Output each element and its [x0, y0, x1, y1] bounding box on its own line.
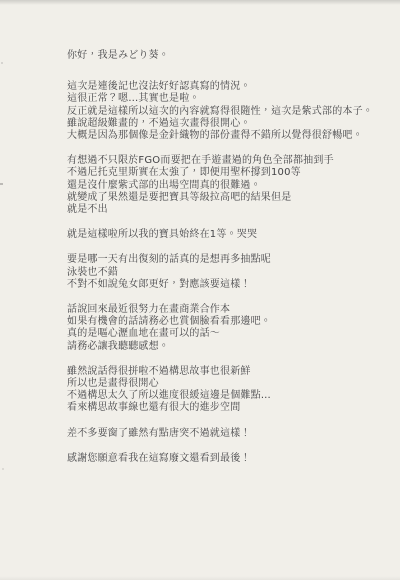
text-line: 這很正常？嗯…其實也是啦。 [67, 93, 374, 105]
greeting-paragraph: 你好，我是みどり葵。 [67, 50, 374, 62]
afterword-paragraph: 要是哪一天有出復刻的話真的是想再多抽點呢 泳裝也不錯 不對不如說兔女郎更好，對應… [67, 254, 374, 291]
thanks-paragraph: 感謝您願意看我在這寫廢文還看到最後！ [67, 453, 374, 465]
afterword-page: 你好，我是みどり葵。 這次是連後記也沒法好好認真寫的情況。 這很正常？嗯…其實也… [0, 0, 400, 580]
afterword-paragraph: 雖然說話得很拼啦不過構思故事也很新鮮 所以也是畫得很開心 不過構思太久了所以進度… [67, 366, 374, 415]
text-line: 你好，我是みどり葵。 [67, 50, 374, 62]
text-line: 這次是連後記也沒法好好認真寫的情況。 [67, 81, 374, 93]
text-line: 所以也是畫得很開心 [67, 378, 374, 390]
closing-paragraph: 差不多要窗了雖然有點唐突不過就這樣！ [67, 428, 374, 440]
text-line: 泳裝也不錯 [67, 267, 374, 279]
text-line: 如果有機會的話請務必也賞個臉看看那邊吧。 [67, 316, 374, 328]
scan-speck [2, 468, 4, 470]
text-line: 反正就是這樣所以這次的內容就寫得很隨性，這次是紫式部的本子。 [67, 106, 374, 118]
text-line: 要是哪一天有出復刻的話真的是想再多抽點呢 [67, 254, 374, 266]
text-line: 大概是因為那個像是金針織物的部份畫得不錯所以覺得很舒暢吧。 [67, 130, 374, 142]
text-line: 話說回來最近很努力在畫商業合作本 [67, 304, 374, 316]
text-line: 就是不出 [67, 204, 374, 216]
text-line: 就是這樣啦所以我的寶具始終在1等。哭哭 [67, 229, 374, 241]
afterword-paragraph: 有想過不只限於FGO而要把在手遊畫過的角色全部都抽到手 不過尼托克里斯實在太強了… [67, 155, 374, 216]
text-line: 雖說超級難畫的，不過這次畫得很開心。 [67, 118, 374, 130]
text-line: 就變成了果然還是要把寶具等級拉高吧的結果但是 [67, 192, 374, 204]
afterword-paragraph: 話說回來最近很努力在畫商業合作本 如果有機會的話請務必也賞個臉看看那邊吧。 真的… [67, 304, 374, 353]
afterword-paragraph: 就是這樣啦所以我的寶具始終在1等。哭哭 [67, 229, 374, 241]
text-line: 雖然說話得很拼啦不過構思故事也很新鮮 [67, 366, 374, 378]
scan-speck [0, 183, 3, 185]
text-line: 感謝您願意看我在這寫廢文還看到最後！ [67, 453, 374, 465]
text-line: 不過尼托克里斯實在太強了，即便用聖杯撐到100等 [67, 167, 374, 179]
text-line: 差不多要窗了雖然有點唐突不過就這樣！ [67, 428, 374, 440]
text-line: 有想過不只限於FGO而要把在手遊畫過的角色全部都抽到手 [67, 155, 374, 167]
text-line: 還是沒什麼紫式部的出場空間真的很難過。 [67, 180, 374, 192]
afterword-paragraph: 這次是連後記也沒法好好認真寫的情況。 這很正常？嗯…其實也是啦。 反正就是這樣所… [67, 81, 374, 142]
text-line: 看來構思故事線也還有很大的進步空間 [67, 402, 374, 414]
text-line: 不對不如說兔女郎更好，對應該要這樣！ [67, 279, 374, 291]
scan-speck [1, 62, 3, 64]
afterword-text-block: 你好，我是みどり葵。 這次是連後記也沒法好好認真寫的情況。 這很正常？嗯…其實也… [67, 50, 374, 478]
text-line: 真的是嘔心瀝血地在畫可以的話～ [67, 328, 374, 340]
text-line: 請務必讓我聽聽感想。 [67, 341, 374, 353]
text-line: 不過構思太久了所以進度很緩這邊是個難點… [67, 390, 374, 402]
